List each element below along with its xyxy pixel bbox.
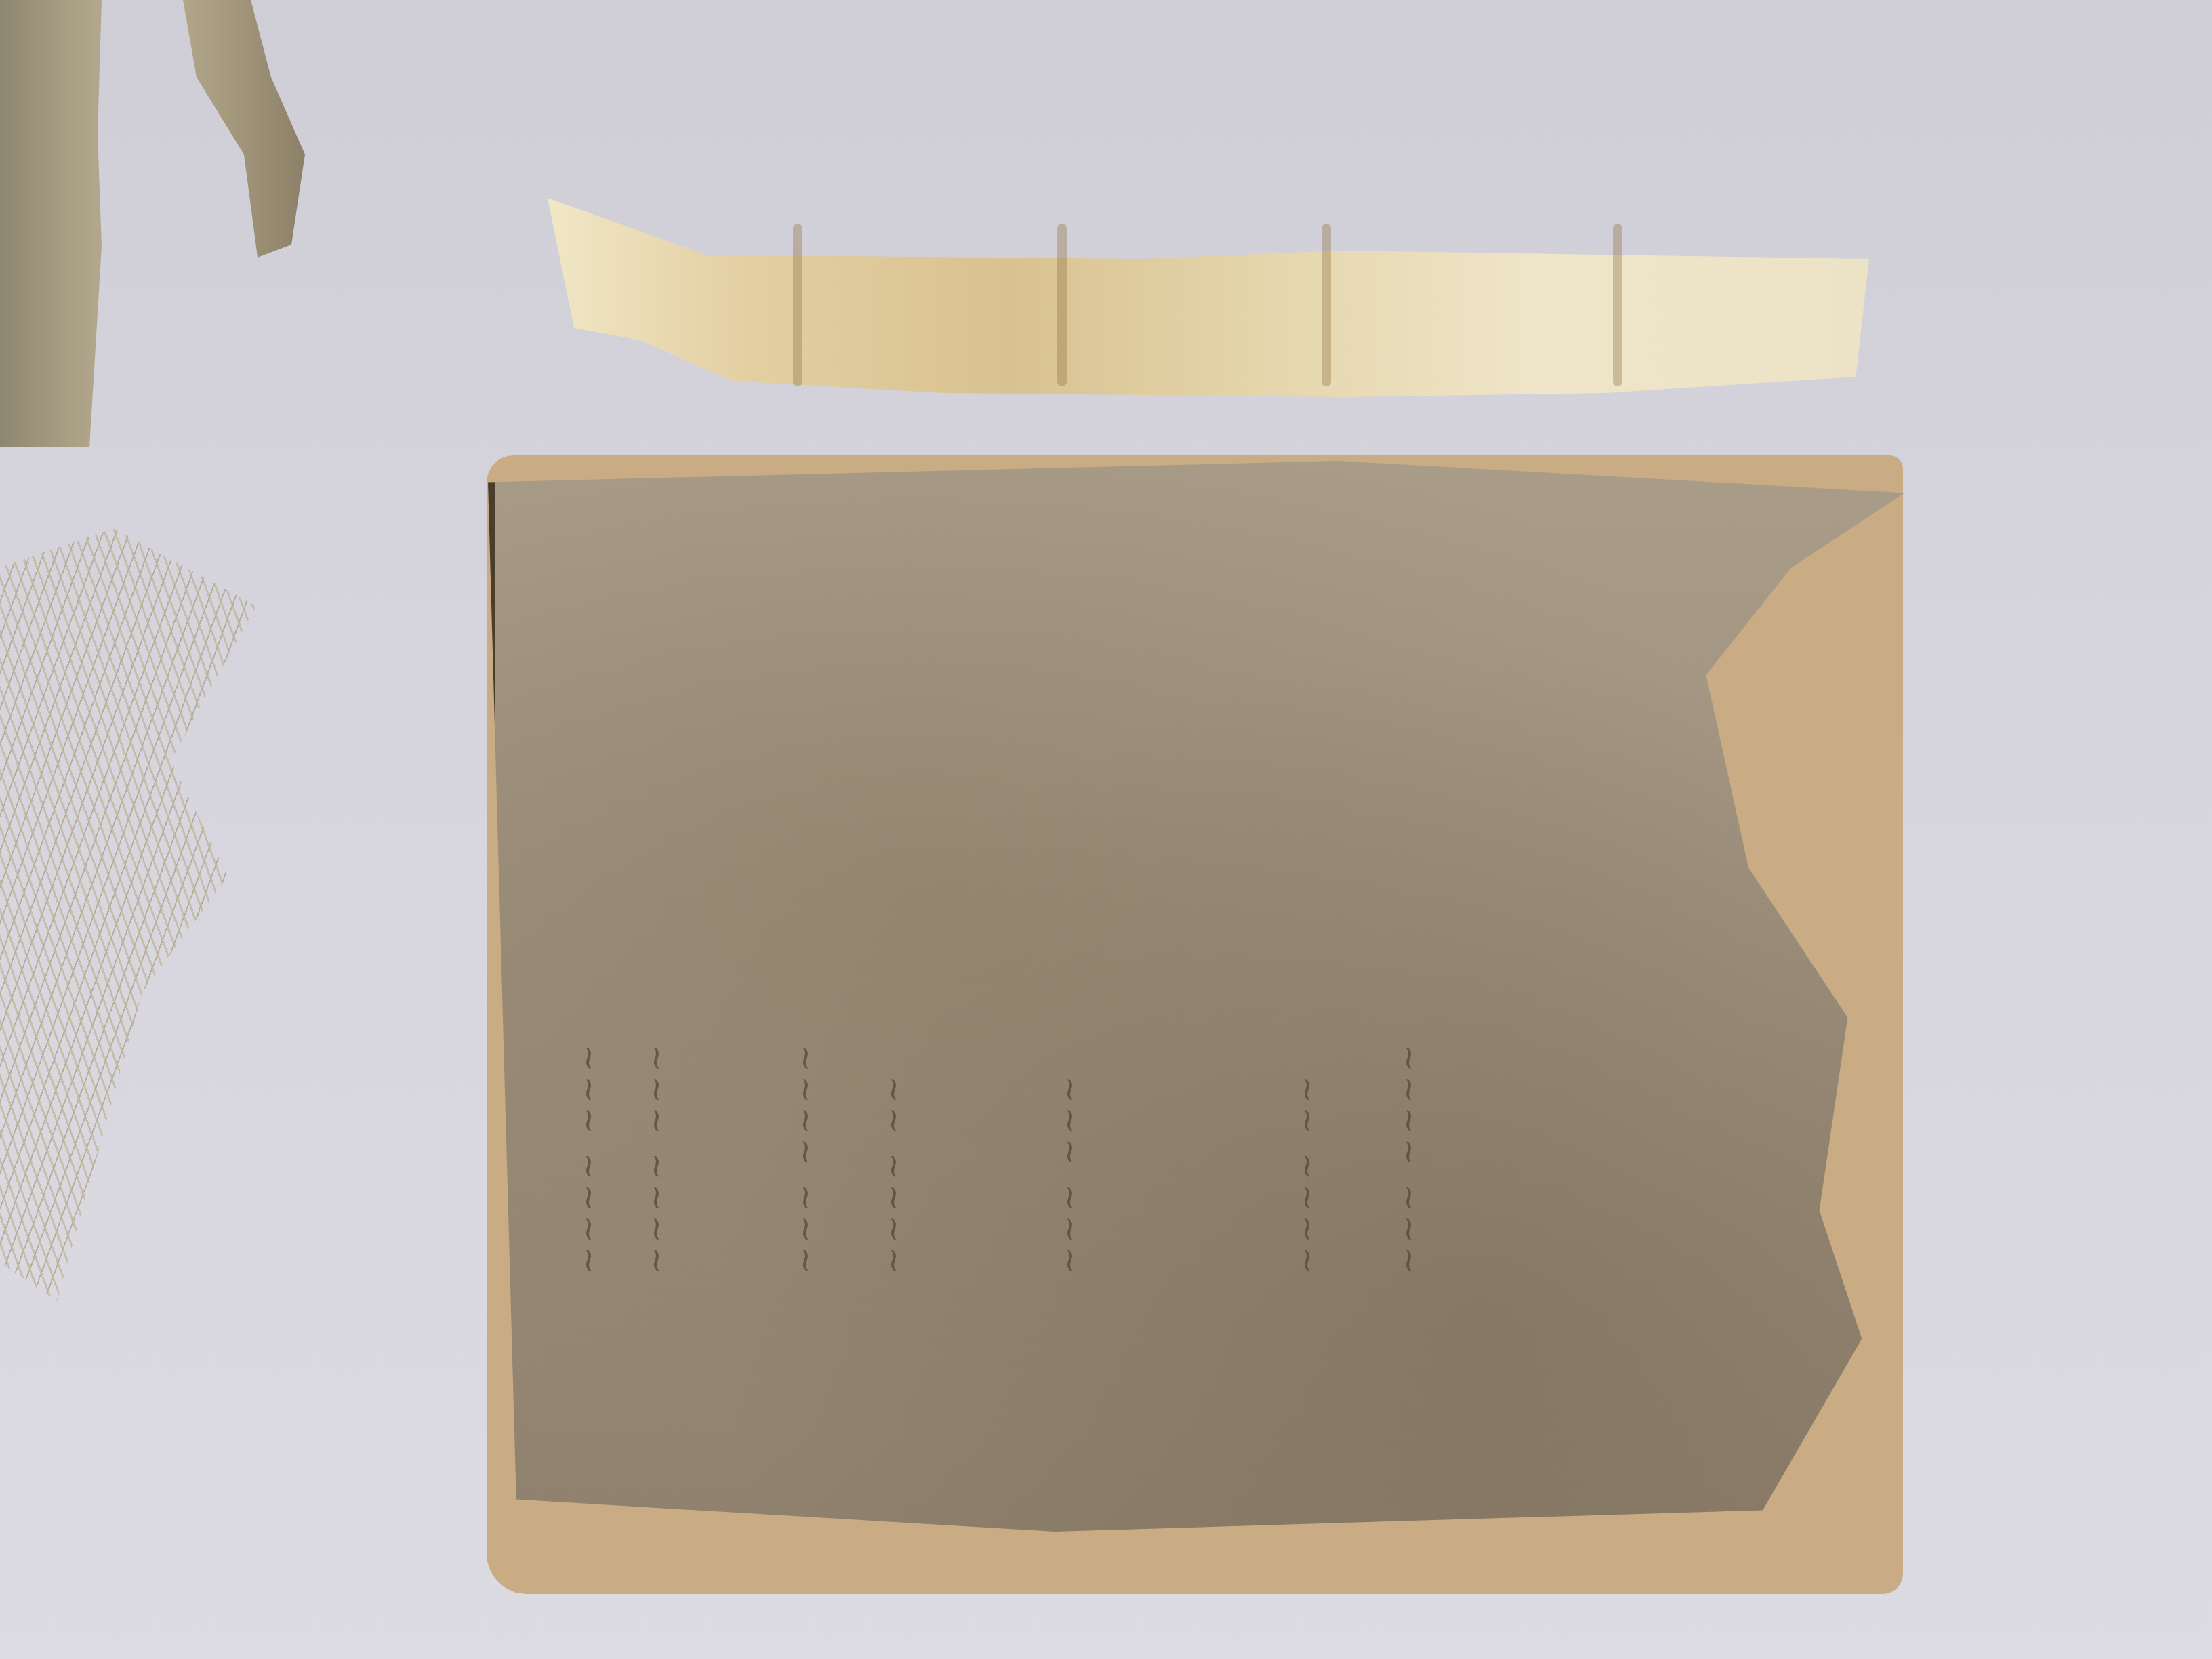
binding-fibers [0,529,285,1301]
handwriting-column: ~~~ ~~~~ [1389,596,1423,1274]
strip-crease [1613,224,1622,386]
handwriting-column: ~~~~ ~~~ [569,596,603,1274]
handwriting-column: ~~~ ~~~ [1050,596,1084,1274]
strip-crease [1057,224,1067,386]
strip-crease [1322,224,1331,386]
torn-paper-scrap [169,0,305,258]
handwriting-column: ~~~~ ~~ [874,596,908,1274]
strip-crease [793,224,802,386]
handwriting-column: ~~~ ~~~~ [786,596,820,1274]
handwriting-column: ~~~~ ~~~ [637,596,671,1274]
fabric-scrap [0,0,102,447]
manuscript-cover [488,461,1904,1532]
spine-paper-strip [548,198,1869,401]
handwriting-column: ~~~~ ~~ [1288,596,1322,1274]
